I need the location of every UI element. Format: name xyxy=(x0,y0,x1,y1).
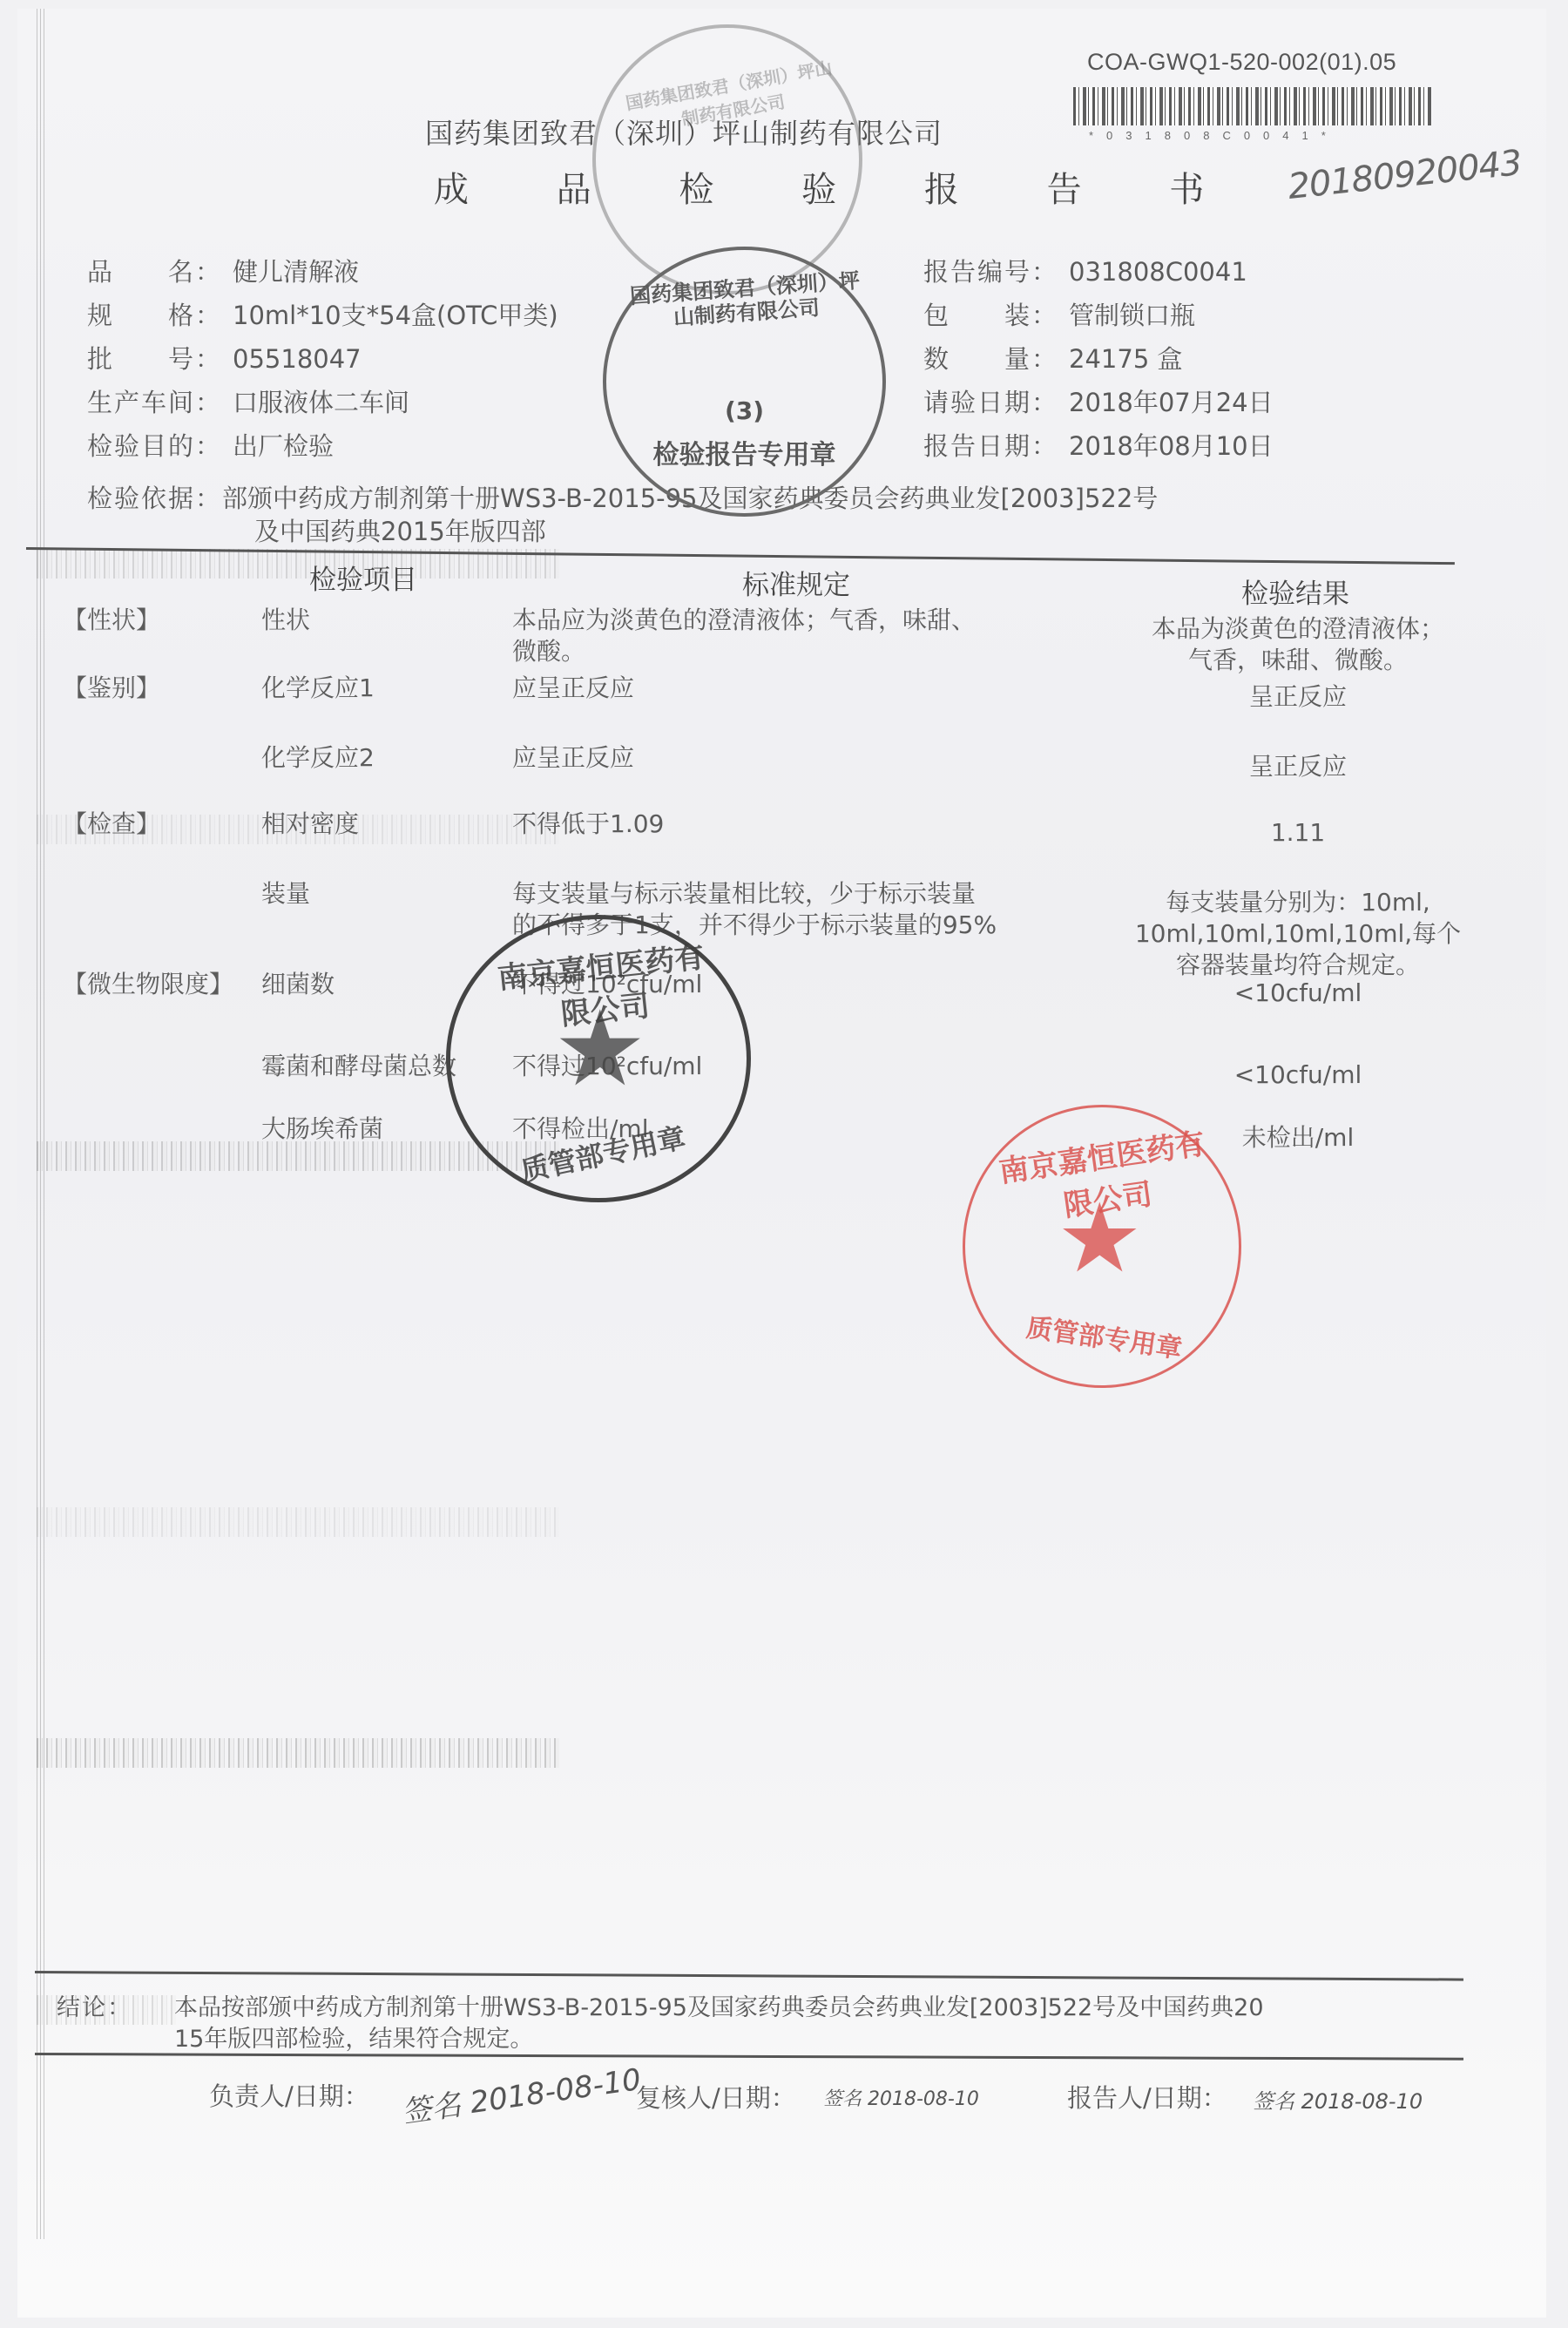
row-result: 1.11 xyxy=(1106,817,1490,849)
info-value: 口服液体二车间 xyxy=(233,383,409,419)
sig-reporter: 签名 2018-08-10 xyxy=(1253,2084,1423,2115)
row-result: 本品为淡黄色的澄清液体； xyxy=(1106,613,1490,645)
row-item: 化学反应1 xyxy=(261,673,375,704)
report-seal-number: (3) xyxy=(606,396,882,425)
scan-artifact xyxy=(37,1507,559,1537)
red-seal-center-text: 质管部专用章 xyxy=(998,1303,1211,1370)
conclusion-label: 结论： xyxy=(57,1988,132,2022)
row-result: 呈正反应 xyxy=(1106,751,1490,782)
row-standard: 应呈正反应 xyxy=(512,742,634,774)
col-header-result: 检验结果 xyxy=(1241,572,1349,611)
info-label: 报告编号： xyxy=(923,253,1058,288)
info-row-right: 请验日期：2018年07月24日 xyxy=(923,383,1274,419)
row-result: 10ml,10ml,10ml,10ml,每个 xyxy=(1106,918,1490,950)
info-label: 请验日期： xyxy=(923,383,1058,419)
row-item: 细菌数 xyxy=(261,969,335,1000)
info-row-right: 数 量：24175 盒 xyxy=(923,340,1183,376)
row-result: <10cfu/ml xyxy=(1106,1059,1490,1091)
basis-line2: 及中国药典2015年版四部 xyxy=(254,512,546,548)
info-value: 10ml*10支*54盒(OTC甲类) xyxy=(233,296,558,332)
barcode xyxy=(1073,87,1432,125)
gray-seal-ring-text: 南京嘉恒医药有限公司 xyxy=(490,932,716,1040)
info-value: 24175 盒 xyxy=(1069,340,1182,376)
info-row-left: 检验目的：出厂检验 xyxy=(87,427,334,463)
row-category: 【性状】 xyxy=(63,605,160,636)
barcode-digits: *031808C0041* xyxy=(1089,129,1339,142)
info-label: 检验目的： xyxy=(87,427,222,463)
row-category: 【鉴别】 xyxy=(63,673,160,704)
info-value: 2018年07月24日 xyxy=(1069,383,1274,419)
row-standard: 不得低于1.09 xyxy=(512,809,664,840)
info-value: 管制锁口瓶 xyxy=(1069,296,1195,332)
info-row-left: 规 格：10ml*10支*54盒(OTC甲类) xyxy=(87,296,558,332)
gray-seal-center-text: 质管部专用章 xyxy=(501,1113,706,1194)
info-label: 包 装： xyxy=(923,296,1058,332)
sig-label-reporter: 报告人/日期： xyxy=(1067,2079,1227,2115)
info-label: 规 格： xyxy=(87,296,222,332)
row-item: 大肠埃希菌 xyxy=(261,1113,383,1145)
red-quality-seal: ★ 南京嘉恒医药有限公司 质管部专用章 xyxy=(963,1105,1241,1388)
info-value: 出厂检验 xyxy=(233,427,334,463)
info-row-left: 生产车间：口服液体二车间 xyxy=(87,383,409,419)
basis-row: 检验依据： 部颁中药成方制剂第十册WS3-B-2015-95及国家药典委员会药典… xyxy=(87,479,1158,515)
info-row-left: 品 名：健儿清解液 xyxy=(87,253,359,288)
faint-seal-text: 国药集团致君（深圳）坪山制药有限公司 xyxy=(619,53,842,141)
col-header-item: 检验项目 xyxy=(309,558,417,597)
info-row-left: 批 号：05518047 xyxy=(87,340,362,376)
row-standard: 本品应为淡黄色的澄清液体；气香，味甜、 xyxy=(512,605,976,636)
row-item: 霉菌和酵母菌总数 xyxy=(261,1051,456,1082)
row-item: 化学反应2 xyxy=(261,742,375,774)
row-category: 【检查】 xyxy=(63,809,160,840)
row-item: 相对密度 xyxy=(261,809,359,840)
info-value: 健儿清解液 xyxy=(233,253,359,288)
info-value: 031808C0041 xyxy=(1069,257,1247,287)
row-result: <10cfu/ml xyxy=(1106,978,1490,1009)
info-label: 品 名： xyxy=(87,253,222,288)
sig-reviewer: 签名 2018-08-10 xyxy=(823,2084,979,2111)
row-standard: 每支装量与标示装量相比较，少于标示装量 xyxy=(512,878,976,910)
info-value: 2018年08月10日 xyxy=(1069,427,1274,463)
info-row-right: 报告编号：031808C0041 xyxy=(923,253,1247,288)
basis-label: 检验依据： xyxy=(87,479,222,515)
scan-artifact xyxy=(37,1738,559,1768)
red-seal-ring-text: 南京嘉恒医药有限公司 xyxy=(986,1118,1222,1234)
info-label: 生产车间： xyxy=(87,383,222,419)
info-row-right: 包 装：管制锁口瓶 xyxy=(923,296,1195,332)
row-result: 容器装量均符合规定。 xyxy=(1106,950,1490,981)
info-row-right: 报告日期：2018年08月10日 xyxy=(923,427,1274,463)
document-code: COA-GWQ1-520-002(01).05 xyxy=(1087,49,1396,76)
sig-label-responsible: 负责人/日期： xyxy=(209,2077,369,2113)
row-item: 装量 xyxy=(261,878,310,910)
row-result: 气香，味甜、微酸。 xyxy=(1106,645,1490,676)
row-item: 性状 xyxy=(261,605,310,636)
report-seal-center-text: 检验报告专用章 xyxy=(606,433,882,471)
info-value: 05518047 xyxy=(233,344,362,374)
gray-quality-seal: ★ 南京嘉恒医药有限公司 质管部专用章 xyxy=(446,915,751,1202)
info-label: 数 量： xyxy=(923,340,1058,376)
row-category: 【微生物限度】 xyxy=(63,969,233,1000)
scan-edge xyxy=(37,9,45,2239)
info-label: 报告日期： xyxy=(923,427,1058,463)
row-result: 每支装量分别为：10ml, xyxy=(1106,887,1490,918)
row-standard: 应呈正反应 xyxy=(512,673,634,704)
report-seal-ring-text: 国药集团致君（深圳）坪山制药有限公司 xyxy=(622,267,868,333)
row-result: 呈正反应 xyxy=(1106,681,1490,713)
sig-label-reviewer: 复核人/日期： xyxy=(636,2079,796,2115)
row-standard: 微酸。 xyxy=(512,636,585,667)
conclusion-line1: 本品按部颁中药成方制剂第十册WS3-B-2015-95及国家药典委员会药典业发[… xyxy=(174,1988,1264,2022)
conclusion-line2: 15年版四部检验，结果符合规定。 xyxy=(174,2020,533,2054)
info-label: 批 号： xyxy=(87,340,222,376)
col-header-standard: 标准规定 xyxy=(742,563,850,602)
inspection-report-seal: 国药集团致君（深圳）坪山制药有限公司 (3) 检验报告专用章 xyxy=(603,247,886,517)
